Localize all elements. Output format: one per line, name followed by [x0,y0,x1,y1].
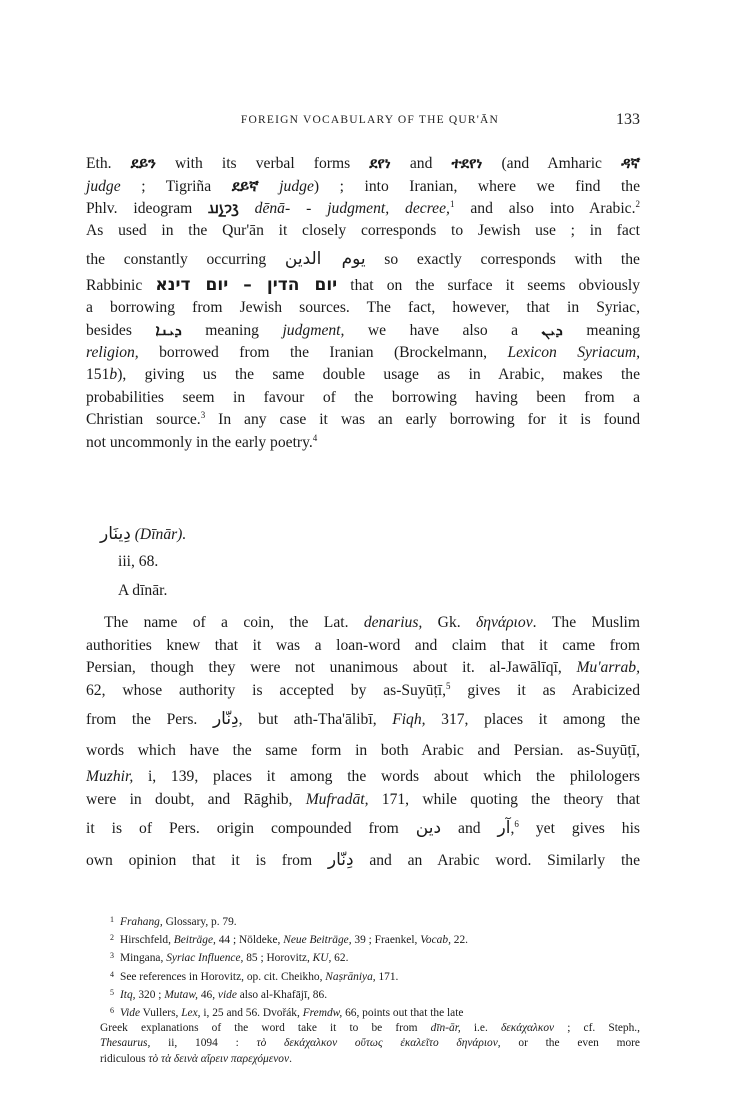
footnote-6-continued: ridiculous τὸ τὰ δεινὰ αἴρειν παρεχόμενο… [100,1052,640,1067]
persian-word: دِنّار [213,709,239,729]
arabic-word: دين [416,818,441,838]
footnote-6: 6Vide Vullers, Lex, i, 25 and 56. Dvořák… [100,1003,640,1021]
paragraph-dinar: The name of a coin, the Lat. denarius, G… [86,612,640,875]
greek-word: δεκάχαλκον [501,1022,554,1034]
text-line: from the Pers. دِنّار, but ath-Tha'ālibī… [86,702,640,734]
greek-phrase: τὸ δεκάχαλκον οὕτως ἐκαλεῖτο δηνάριον [257,1037,498,1049]
footnote-4: 4See references in Horovitz, op. cit. Ch… [100,967,640,985]
text-line: words which have the same form in both A… [86,734,640,766]
footnote-1: 1Frahang, Glossary, p. 79. [100,912,640,930]
text-line: Eth. ደይን with its verbal forms ደየነ and ተ… [86,152,640,175]
text-line: it is of Pers. origin compounded from دي… [86,811,640,843]
paragraph-ethiopic-din: Eth. ደይን with its verbal forms ደየነ and ተ… [86,152,640,454]
headword-transliteration: (Dīnār). [135,526,187,543]
footnotes: 1Frahang, Glossary, p. 79. 2Hirschfeld, … [100,912,640,1067]
quran-reference: iii, 68. [118,553,158,571]
ethiopic-word: ደይን [131,154,156,172]
text-line: judge ; Tigriña ደይኛ judge) ; into Irania… [86,175,640,198]
greek-phrase: τὸ τὰ δεινὰ αἴρειν παρεχόμενον [148,1053,289,1065]
arabic-phrase: يوم الدين [285,249,366,269]
entry-headword: دِينَار (Dīnār). [100,524,186,544]
persian-word: دِنّار [328,850,354,870]
running-title: FOREIGN VOCABULARY OF THE QUR'ĀN [100,114,640,126]
text-line: religion, borrowed from the Iranian (Bro… [86,342,640,365]
text-line: own opinion that it is from دِنّار and a… [86,843,640,875]
text-line: Rabbinic יום הדין – יום דינא that on the… [86,274,640,297]
syriac-word: ܕܝܢ [542,321,563,339]
footnote-2: 2Hirschfeld, Beiträge, 44 ; Nöldeke, Neu… [100,930,640,948]
text-line: besides ܕܝܢܐ meaning judgment, we have a… [86,319,640,342]
text-line: 62, whose authority is accepted by as-Su… [86,680,640,703]
entry-definition: A dīnār. [118,582,167,600]
footnote-6-continued: Thesaurus, ii, 1094 : τὸ δεκάχαλκον οὕτω… [100,1036,640,1051]
text-line: Christian source.3 In any case it was an… [86,409,640,432]
running-head: FOREIGN VOCABULARY OF THE QUR'ĀN 133 [100,114,640,134]
page-number: 133 [616,111,640,129]
amharic-word: ዳኛ [621,154,640,172]
text-line: the constantly occurring يوم الدين so ex… [86,242,640,274]
text-line: not uncommonly in the early poetry.4 [86,432,640,455]
greek-word: δηνάριον [476,614,533,631]
ethiopic-word: ደየነ [369,154,390,172]
text-line: probabilities seem in favour of the borr… [86,387,640,410]
footnote-ref[interactable]: 2 [636,199,641,209]
text-line: The name of a coin, the Lat. denarius, G… [86,612,640,635]
text-line: 151b), giving us the same double usage a… [86,364,640,387]
text-line: Persian, though they were not unanimous … [86,657,640,680]
text-line: were in doubt, and Rāghib, Mufradāt, 171… [86,789,640,812]
footnote-ref[interactable]: 4 [313,433,318,443]
text-line: Muzhir, i, 139, places it among the word… [86,766,640,789]
hebrew-phrase: יום הדין – יום דינא [155,275,337,295]
syriac-word: ܕܝܢܐ [155,321,181,339]
tigrinya-word: ደይኛ [232,177,259,195]
text-line: a borrowing from Jewish sources. The fac… [86,297,640,320]
ethiopic-word: ተደየነ [452,154,483,172]
text-line: Phlv. ideogram 𐭣𐭩𐭭𐭠 dēnā- - judgment, de… [86,197,640,220]
headword-arabic: دِينَار [100,524,131,544]
text-line: authorities knew that it was a loan-word… [86,635,640,658]
footnote-3: 3Mingana, Syriac Influence, 85 ; Horovit… [100,948,640,966]
arabic-word: آر [498,818,511,838]
pahlavi-ideogram: 𐭣𐭩𐭭𐭠 [208,199,238,217]
book-page: FOREIGN VOCABULARY OF THE QUR'ĀN 133 Eth… [0,0,732,1104]
footnote-5: 5Itq, 320 ; Mutaw, 46, vide also al-Khaf… [100,985,640,1003]
text-line: As used in the Qur'ān it closely corresp… [86,220,640,243]
footnote-6-continued: Greek explanations of the word take it t… [100,1021,640,1036]
